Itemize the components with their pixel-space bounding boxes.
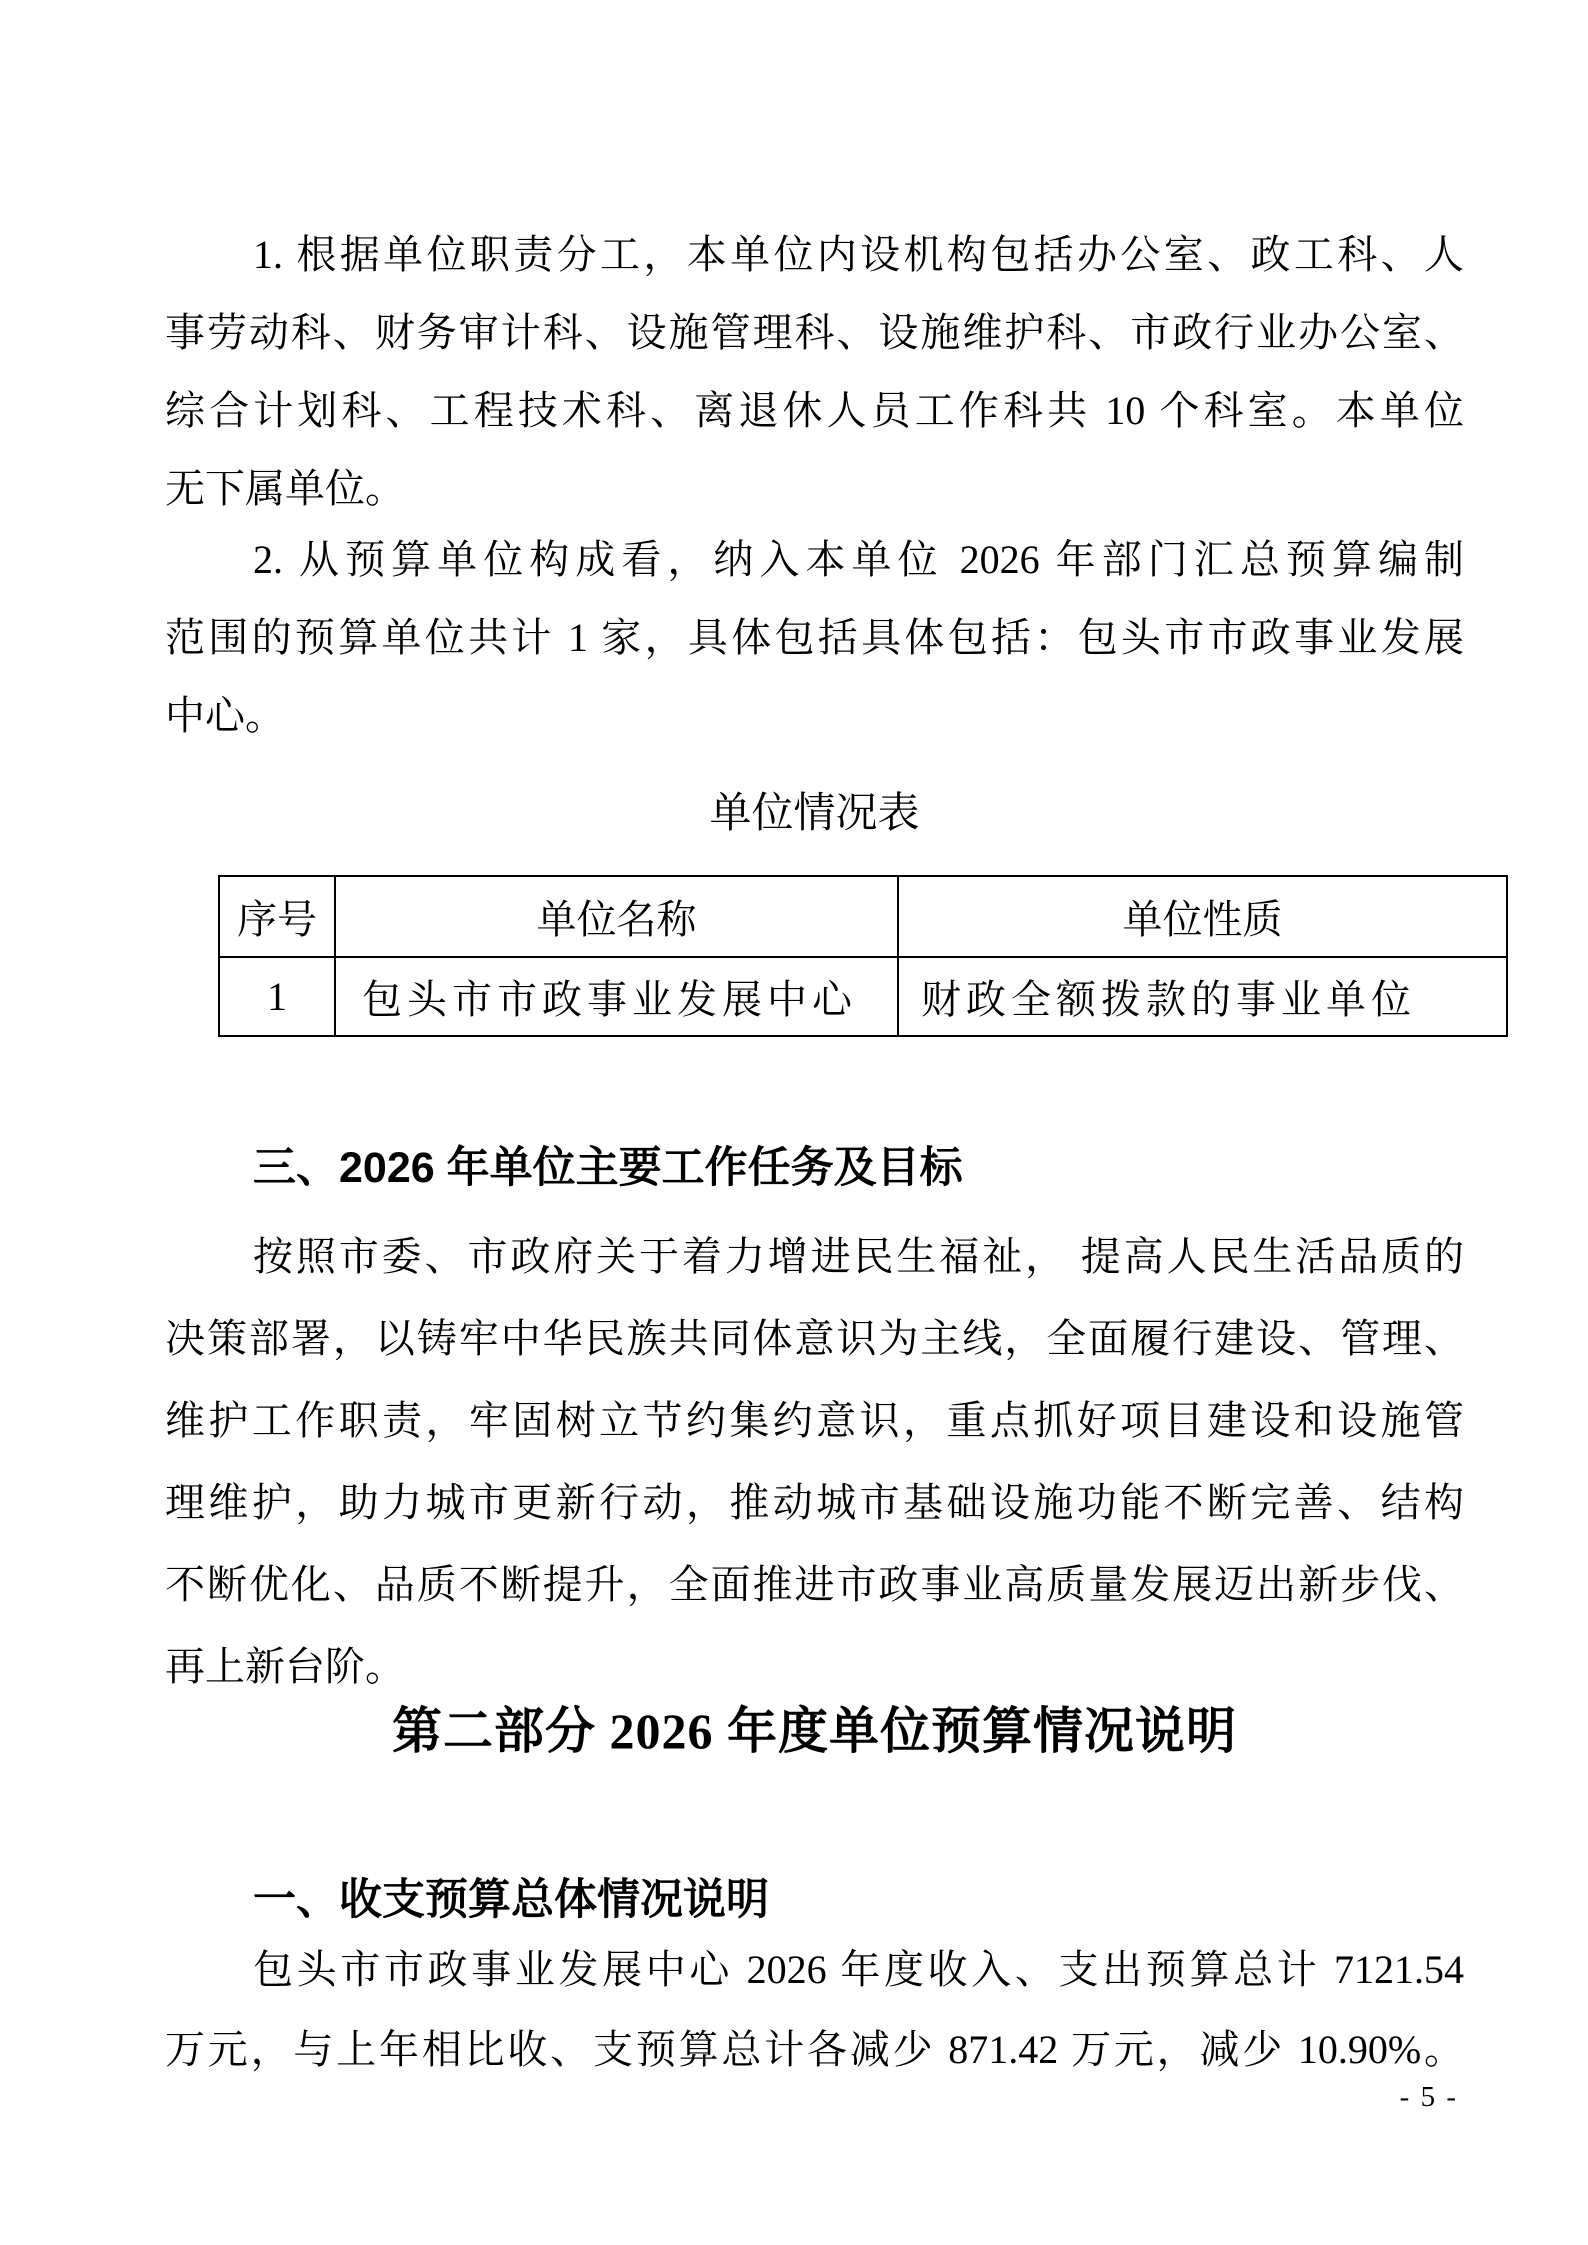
cell-index: 1 [219,957,335,1036]
cell-unit-nature: 财政全额拨款的事业单位 [898,957,1507,1036]
table-header-row: 序号 单位名称 单位性质 [219,876,1507,957]
cell-unit-name: 包头市市政事业发展中心 [335,957,898,1036]
section-heading-budget-overview: 一、收支预算总体情况说明 [165,1872,1464,1928]
text-line: 再上新台阶。 [165,1626,1464,1708]
paragraph-work-tasks: 按照市委、市政府关于着力增进民生福祉， 提高人民生活品质的决策部署，以铸牢中华民… [165,1216,1464,1708]
header-cell-index: 序号 [219,876,335,957]
text-line: 1. 根据单位职责分工，本单位内设机构包括办公室、政工科、人 [165,216,1464,294]
text-line: 包头市市政事业发展中心 2026 年度收入、支出预算总计 7121.54 [165,1930,1464,2010]
text-line: 事劳动科、财务审计科、设施管理科、设施维护科、市政行业办公室、 [165,294,1464,372]
paragraph-budget-totals: 包头市市政事业发展中心 2026 年度收入、支出预算总计 7121.54万元，与… [165,1930,1464,2090]
header-cell-unit-nature: 单位性质 [898,876,1507,957]
page-number: - 5 - [1400,2082,1458,2112]
section-heading-tasks-goals: 三、2026 年单位主要工作任务及目标 [165,1140,1464,1196]
text-line: 中心。 [165,677,1464,755]
header-cell-unit-name: 单位名称 [335,876,898,957]
part2-title: 第二部分 2026 年度单位预算情况说明 [165,1700,1464,1762]
text-line: 2. 从预算单位构成看，纳入本单位 2026 年部门汇总预算编制 [165,521,1464,599]
document-page: 1. 根据单位职责分工，本单位内设机构包括办公室、政工科、人事劳动科、财务审计科… [0,0,1588,2245]
text-line: 范围的预算单位共计 1 家，具体包括具体包括：包头市市政事业发展 [165,599,1464,677]
text-line: 无下属单位。 [165,450,1464,528]
table-title: 单位情况表 [165,786,1464,842]
paragraph-internal-structure: 1. 根据单位职责分工，本单位内设机构包括办公室、政工科、人事劳动科、财务审计科… [165,216,1464,528]
text-line: 万元，与上年相比收、支预算总计各减少 871.42 万元，减少 10.90%。 [165,2010,1464,2090]
text-line: 不断优化、品质不断提升，全面推进市政事业高质量发展迈出新步伐、 [165,1544,1464,1626]
paragraph-budget-units: 2. 从预算单位构成看，纳入本单位 2026 年部门汇总预算编制范围的预算单位共… [165,521,1464,755]
table-row: 1 包头市市政事业发展中心 财政全额拨款的事业单位 [219,957,1507,1036]
text-line: 按照市委、市政府关于着力增进民生福祉， 提高人民生活品质的 [165,1216,1464,1298]
text-line: 决策部署，以铸牢中华民族共同体意识为主线，全面履行建设、管理、 [165,1298,1464,1380]
text-line: 理维护，助力城市更新行动，推动城市基础设施功能不断完善、结构 [165,1462,1464,1544]
text-line: 维护工作职责，牢固树立节约集约意识，重点抓好项目建设和设施管 [165,1380,1464,1462]
unit-info-table: 序号 单位名称 单位性质 1 包头市市政事业发展中心 财政全额拨款的事业单位 [218,875,1508,1037]
text-line: 综合计划科、工程技术科、离退休人员工作科共 10 个科室。本单位 [165,372,1464,450]
